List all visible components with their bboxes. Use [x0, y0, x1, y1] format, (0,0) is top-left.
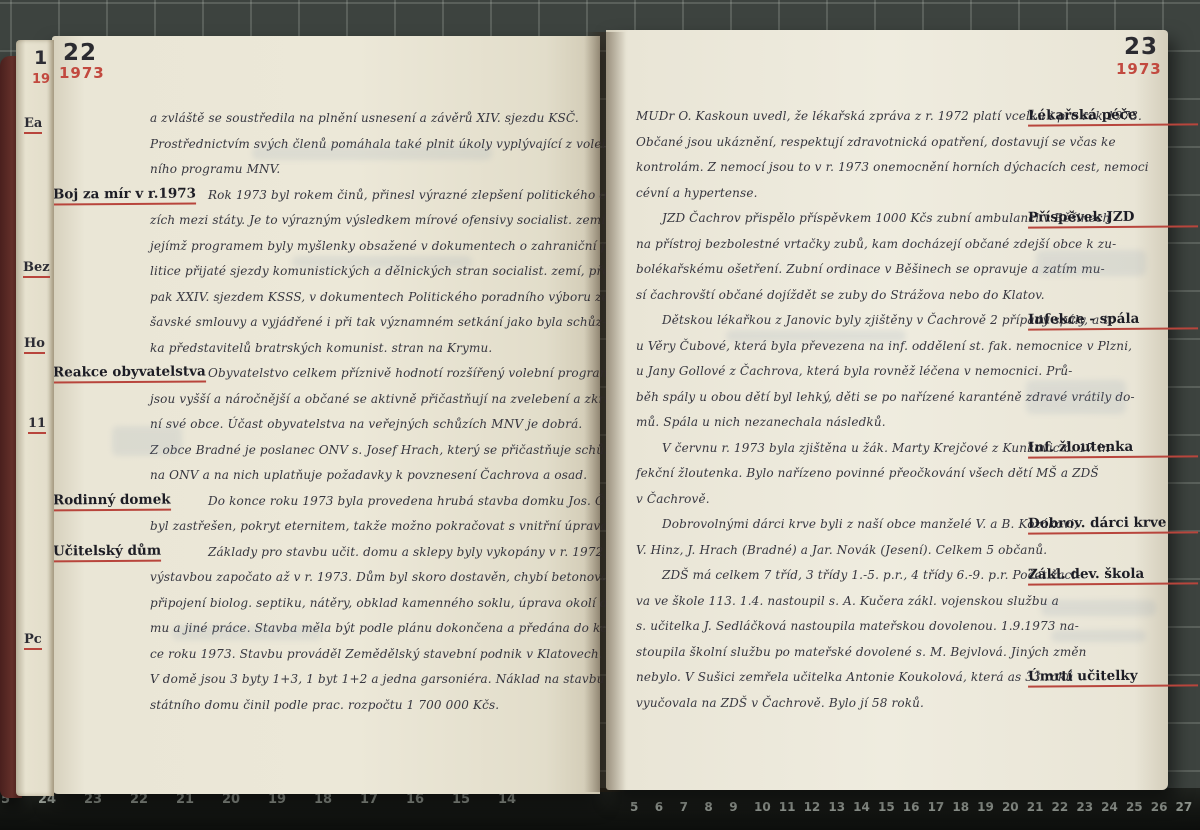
- paragraph-block: Zákl. dev. školaZDŠ má celkem 7 tříd, 3 …: [636, 563, 1031, 665]
- handwritten-line: ka představitelů bratrských komunist. st…: [150, 336, 586, 362]
- ruler-number: 22: [130, 792, 176, 807]
- handwritten-line: v Čachrově.: [636, 487, 1031, 513]
- ruler-number: 15: [878, 800, 903, 814]
- previous-page-heading-fragment: Ho: [24, 336, 45, 354]
- page-number-right: 23: [1124, 34, 1158, 60]
- ruler-number: 19: [977, 800, 1002, 814]
- margin-heading: Inf. žloutenka: [1028, 438, 1198, 458]
- handwritten-line: JZD Čachrov přispělo příspěvkem 1000 Kčs…: [636, 206, 1031, 232]
- margin-heading: Reakce obyvatelstva: [53, 363, 206, 383]
- ruler-number: 7: [680, 800, 705, 814]
- previous-page-heading-fragment: 11: [28, 416, 46, 434]
- handwritten-line: cévní a hypertense.: [636, 181, 1031, 207]
- handwritten-line: s. učitelka J. Sedláčková nastoupila mat…: [636, 614, 1031, 640]
- handwritten-line: nebylo. V Sušici zemřela učitelka Antoni…: [636, 665, 1031, 691]
- ruler-number: 21: [176, 792, 222, 807]
- handwritten-line: a zvláště se soustředila na plnění usnes…: [150, 106, 586, 132]
- previous-page-number-fragment: 1: [34, 47, 47, 70]
- margin-heading: Rodinný domek: [53, 491, 171, 511]
- ruler-number: 15: [452, 792, 498, 807]
- ruler-number: 8: [704, 800, 729, 814]
- ruler-number: 20: [222, 792, 268, 807]
- ruler-number: 25: [1126, 800, 1151, 814]
- ruler-number: 11: [779, 800, 804, 814]
- handwritten-line: výstavbou započato až v r. 1973. Dům byl…: [150, 565, 586, 591]
- paragraph-block: Inf. žloutenkaV červnu r. 1973 byla zjiš…: [636, 436, 1031, 513]
- ruler-number: 10: [754, 800, 779, 814]
- year-label-left: 1973: [59, 64, 105, 82]
- ruler-number: 13: [828, 800, 853, 814]
- handwritten-line: připojení biolog. septiku, nátěry, obkla…: [150, 591, 586, 617]
- handwritten-line: stoupila školní službu po mateřské dovol…: [636, 640, 1031, 666]
- handwritten-line: va ve škole 113. 1.4. nastoupil s. A. Ku…: [636, 589, 1031, 615]
- handwritten-line: ce roku 1973. Stavbu prováděl Zemědělský…: [150, 642, 586, 668]
- paragraph-block: Dobrov. dárci krveDobrovolnými dárci krv…: [636, 512, 1031, 563]
- margin-heading: Infekce - spála: [1028, 310, 1198, 330]
- margin-heading: Lékařská péče: [1028, 106, 1198, 126]
- handwritten-line: Rok 1973 byl rokem činů, přinesl výrazné…: [150, 183, 586, 209]
- previous-page-heading-fragment: Pc: [24, 632, 42, 650]
- year-label-right: 1973: [1116, 60, 1162, 78]
- handwritten-line: sí čachrovští občané dojíždět se zuby do…: [636, 283, 1031, 309]
- page-number-left: 22: [63, 40, 97, 66]
- ruler-number: 16: [406, 792, 452, 807]
- right-page: 23 1973 Lékařská péčeMUDr O. Kaskoun uve…: [606, 30, 1168, 790]
- previous-page-year-fragment: 19: [32, 72, 50, 88]
- handwritten-line: V. Hinz, J. Hrach (Bradné) a Jar. Novák …: [636, 538, 1031, 564]
- handwritten-line: Občané jsou ukáznění, respektují zdravot…: [636, 130, 1031, 156]
- handwritten-line: ZDŠ má celkem 7 tříd, 3 třídy 1.-5. p.r.…: [636, 563, 1031, 589]
- ruler-number: 20: [1002, 800, 1027, 814]
- handwritten-line: u Jany Gollové z Čachrova, která byla ro…: [636, 359, 1031, 385]
- ruler-number: 22: [1052, 800, 1077, 814]
- handwritten-line: jsou vyšší a náročnější a občané se akti…: [150, 387, 586, 413]
- handwritten-line: litice přijaté sjezdy komunistických a d…: [150, 259, 586, 285]
- chronicle-photo: 252423222120191817161514 567891011121314…: [0, 0, 1200, 830]
- handwritten-line: státního domu činil podle prac. rozpočtu…: [150, 693, 586, 719]
- handwritten-line: běh spály u obou dětí byl lehký, děti se…: [636, 385, 1031, 411]
- margin-heading: Příspěvek JZD: [1028, 208, 1198, 228]
- right-page-text-column: Lékařská péčeMUDr O. Kaskoun uvedl, že l…: [636, 104, 1031, 716]
- ruler-number: 12: [804, 800, 829, 814]
- paragraph-block: Rodinný domekDo konce roku 1973 byla pro…: [150, 489, 586, 540]
- handwritten-line: mu a jiné práce. Stavba měla být podle p…: [150, 616, 586, 642]
- handwritten-line: ní své obce. Účast obyvatelstva na veřej…: [150, 412, 586, 438]
- handwritten-line: šavské smlouvy a vyjádřené i při tak výz…: [150, 310, 586, 336]
- handwritten-line: jejímž programem byly myšlenky obsažené …: [150, 234, 586, 260]
- paragraph-block: Boj za mír v r.1973Rok 1973 byl rokem či…: [150, 183, 586, 362]
- handwritten-line: Z obce Bradné je poslanec ONV s. Josef H…: [150, 438, 586, 464]
- handwritten-line: Prostřednictvím svých členů pomáhala tak…: [150, 132, 586, 158]
- paragraph-block: Úmrtí učitelkynebylo. V Sušici zemřela u…: [636, 665, 1031, 716]
- previous-page-heading-fragment: Bez: [23, 260, 50, 278]
- previous-page-heading-fragment: Ea: [24, 116, 42, 134]
- handwritten-line: Dobrovolnými dárci krve byli z naší obce…: [636, 512, 1031, 538]
- margin-heading: Zákl. dev. škola: [1028, 565, 1198, 585]
- paragraph-block: a zvláště se soustředila na plnění usnes…: [150, 106, 586, 183]
- handwritten-line: vyučovala na ZDŠ v Čachrově. Bylo jí 58 …: [636, 691, 1031, 717]
- previous-page-edge: 1 19 Ea Bez Ho 11 Pc: [16, 40, 54, 796]
- ruler-number: 9: [729, 800, 754, 814]
- paragraph-block: Reakce obyvatelstvaObyvatelstvo celkem p…: [150, 361, 586, 489]
- handwritten-line: na ONV a na nich uplatňuje požadavky k p…: [150, 463, 586, 489]
- margin-heading: Boj za mír v r.1973: [53, 185, 196, 205]
- paragraph-block: Příspěvek JZDJZD Čachrov přispělo příspě…: [636, 206, 1031, 308]
- handwritten-line: pak XXIV. sjezdem KSSS, v dokumentech Po…: [150, 285, 586, 311]
- handwritten-line: na přístroj bezbolestné vrtačky zubů, ka…: [636, 232, 1031, 258]
- ruler-right: 5678910111213141516171819202122232425262…: [630, 800, 1200, 814]
- ruler-number: 17: [360, 792, 406, 807]
- handwritten-line: MUDr O. Kaskoun uvedl, že lékařská zpráv…: [636, 104, 1031, 130]
- ruler-number: 14: [853, 800, 878, 814]
- handwritten-line: u Věry Čubové, která byla převezena na i…: [636, 334, 1031, 360]
- ruler-number: 24: [1101, 800, 1126, 814]
- handwritten-line: Obyvatelstvo celkem příznivě hodnotí roz…: [150, 361, 586, 387]
- ruler-number: 14: [498, 792, 544, 807]
- handwritten-line: byl zastřešen, pokryt eternitem, takže m…: [150, 514, 586, 540]
- handwritten-line: Základy pro stavbu učit. domu a sklepy b…: [150, 540, 586, 566]
- paragraph-block: Lékařská péčeMUDr O. Kaskoun uvedl, že l…: [636, 104, 1031, 206]
- paragraph-block: Infekce - spálaDětskou lékařkou z Janovi…: [636, 308, 1031, 436]
- ruler-number: 19: [268, 792, 314, 807]
- handwritten-line: fekční žloutenka. Bylo nařízeno povinné …: [636, 461, 1031, 487]
- handwritten-line: ního programu MNV.: [150, 157, 586, 183]
- handwritten-line: V červnu r. 1973 byla zjištěna u žák. Ma…: [636, 436, 1031, 462]
- margin-heading: Dobrov. dárci krve: [1028, 514, 1198, 534]
- ruler-left: 252423222120191817161514: [0, 792, 544, 807]
- ruler-number: 21: [1027, 800, 1052, 814]
- ruler-number: 23: [84, 792, 130, 807]
- ruler-number: 26: [1151, 800, 1176, 814]
- ruler-number: 17: [928, 800, 953, 814]
- handwritten-line: V domě jsou 3 byty 1+3, 1 byt 1+2 a jedn…: [150, 667, 586, 693]
- margin-heading: Učitelský dům: [53, 542, 161, 562]
- handwritten-line: Do konce roku 1973 byla provedena hrubá …: [150, 489, 586, 515]
- ruler-number: 23: [1076, 800, 1101, 814]
- ruler-number: 18: [952, 800, 977, 814]
- left-page-text-column: a zvláště se soustředila na plnění usnes…: [150, 106, 586, 718]
- left-page: 22 1973 a zvláště se soustředila na plně…: [52, 36, 600, 794]
- handwritten-line: zích mezi státy. Je to výrazným výsledke…: [150, 208, 586, 234]
- handwritten-line: Dětskou lékařkou z Janovic byly zjištěny…: [636, 308, 1031, 334]
- handwritten-line: kontrolám. Z nemocí jsou to v r. 1973 on…: [636, 155, 1031, 181]
- ruler-number: 18: [314, 792, 360, 807]
- handwritten-line: mů. Spála u nich nezanechala následků.: [636, 410, 1031, 436]
- margin-heading: Úmrtí učitelky: [1028, 667, 1198, 687]
- ruler-number: 6: [655, 800, 680, 814]
- ruler-number: 27: [1176, 800, 1200, 814]
- paragraph-block: Učitelský důmZáklady pro stavbu učit. do…: [150, 540, 586, 719]
- handwritten-line: bolékařskému ošetření. Zubní ordinace v …: [636, 257, 1031, 283]
- ruler-number: 5: [630, 800, 655, 814]
- ruler-number: 16: [903, 800, 928, 814]
